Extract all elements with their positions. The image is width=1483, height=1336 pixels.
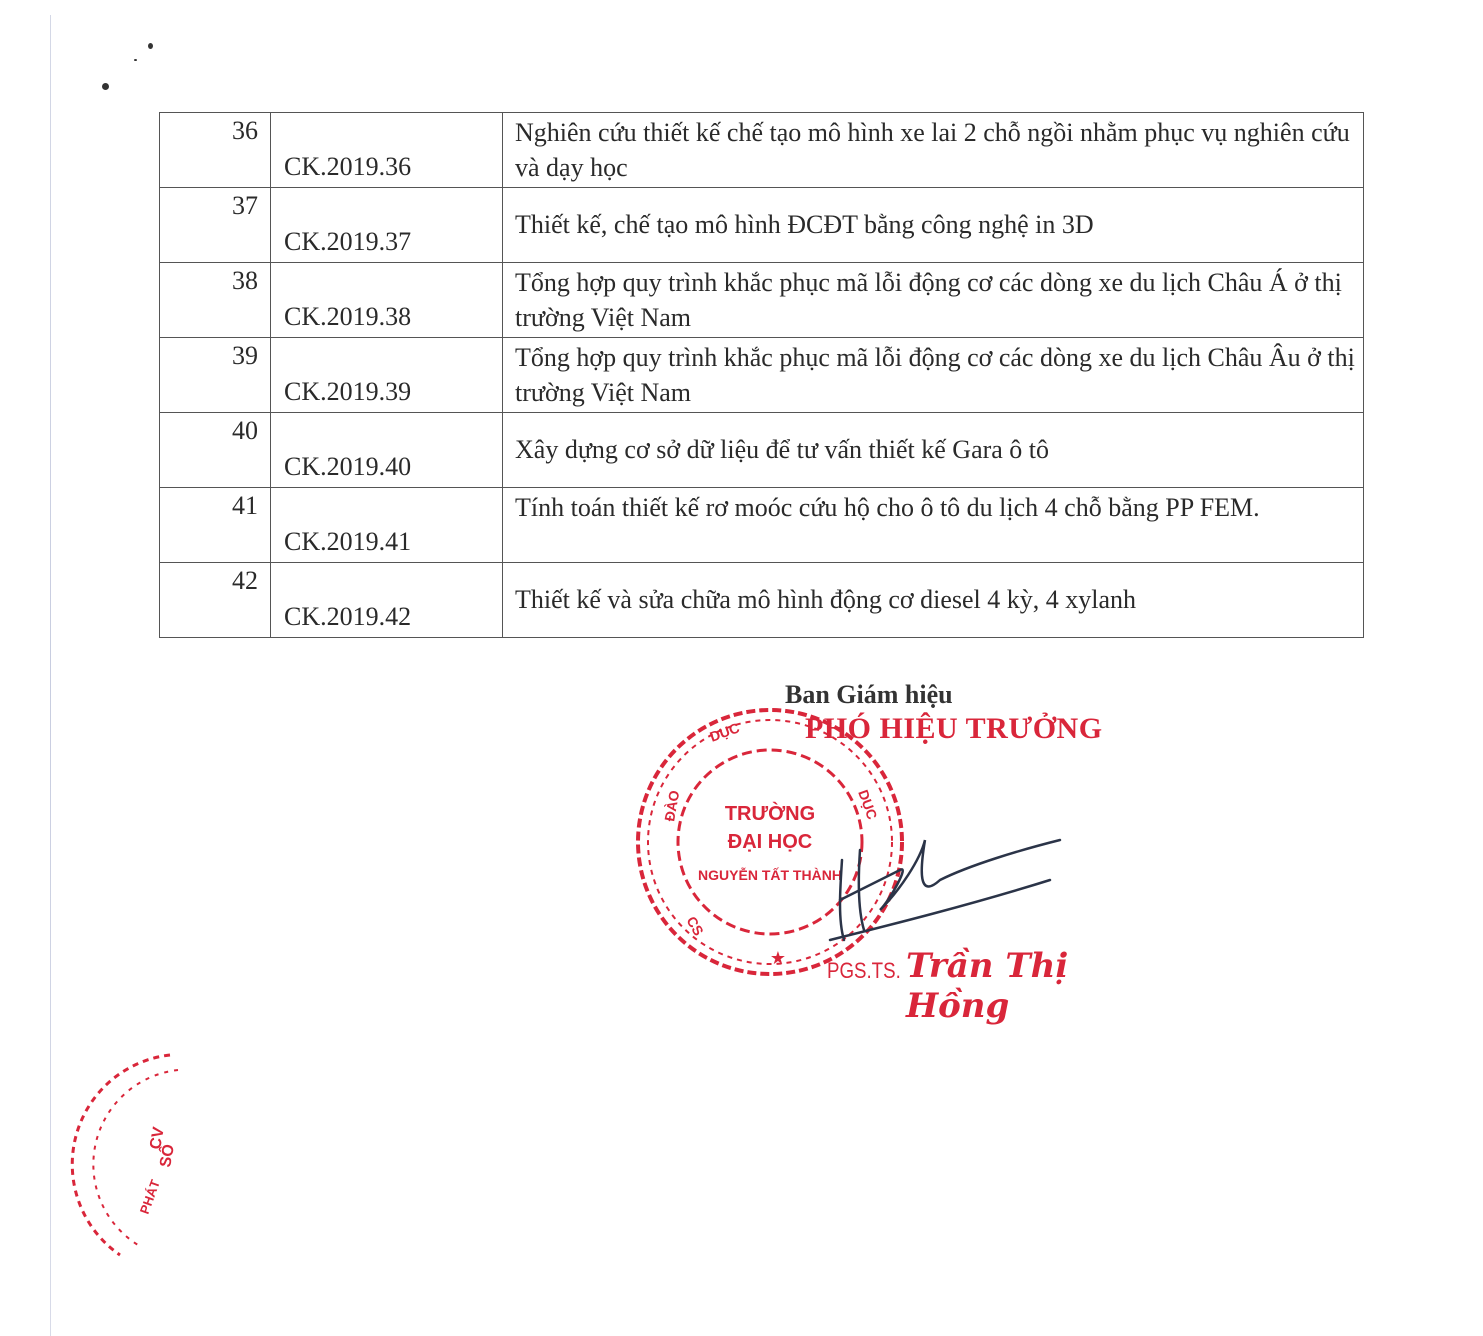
row-title-cell: Thiết kế, chế tạo mô hình ĐCĐT bằng công… [503, 188, 1364, 263]
topics-table: 36 CK.2019.36 Nghiên cứu thiết kế chế tạ… [159, 112, 1364, 638]
table-row: 40 CK.2019.40 Xây dựng cơ sở dữ liệu để … [160, 413, 1364, 488]
page-margin-line [50, 15, 51, 1336]
row-code: CK.2019.39 [284, 374, 502, 412]
row-code: CK.2019.40 [284, 449, 502, 487]
row-number: 39 [160, 338, 258, 374]
row-title: Tổng hợp quy trình khắc phục mã lỗi động… [515, 263, 1355, 335]
row-code: CK.2019.37 [284, 224, 502, 262]
row-code-cell: CK.2019.37 [271, 188, 503, 263]
row-number-cell: 38 [160, 263, 271, 338]
table-row: 37 CK.2019.37 Thiết kế, chế tạo mô hình … [160, 188, 1364, 263]
signature-role: PHÓ HIỆU TRƯỞNG [805, 712, 1103, 746]
row-number: 36 [160, 113, 258, 149]
table-row: 36 CK.2019.36 Nghiên cứu thiết kế chế tạ… [160, 113, 1364, 188]
row-code-cell: CK.2019.42 [271, 563, 503, 638]
svg-text:★: ★ [770, 948, 786, 968]
row-title-cell: Xây dựng cơ sở dữ liệu để tư vấn thiết k… [503, 413, 1364, 488]
table-row: 41 CK.2019.41 Tính toán thiết kế rơ moóc… [160, 488, 1364, 563]
table-row: 39 CK.2019.39 Tổng hợp quy trình khắc ph… [160, 338, 1364, 413]
row-title-cell: Tổng hợp quy trình khắc phục mã lỗi động… [503, 263, 1364, 338]
signature-block: TRƯỜNG ĐẠI HỌC NGUYỄN TẤT THÀNH ★ ĐÀO DỤ… [620, 670, 1160, 1010]
svg-text:DỤC: DỤC [855, 788, 880, 822]
table-row: 42 CK.2019.42 Thiết kế và sửa chữa mô hì… [160, 563, 1364, 638]
row-code: CK.2019.42 [284, 599, 502, 637]
row-code-cell: CK.2019.36 [271, 113, 503, 188]
row-title: Tính toán thiết kế rơ moóc cứu hộ cho ô … [515, 488, 1355, 525]
svg-text:ĐẠI HỌC: ĐẠI HỌC [728, 831, 812, 853]
row-title: Thiết kế và sửa chữa mô hình động cơ die… [515, 563, 1355, 617]
row-code: CK.2019.36 [284, 149, 502, 187]
row-number-cell: 42 [160, 563, 271, 638]
row-title-cell: Nghiên cứu thiết kế chế tạo mô hình xe l… [503, 113, 1364, 188]
row-number: 42 [160, 563, 258, 599]
scan-speck [102, 83, 109, 90]
row-title: Xây dựng cơ sở dữ liệu để tư vấn thiết k… [515, 413, 1355, 467]
row-number: 41 [160, 488, 258, 524]
scan-speck [134, 59, 137, 61]
row-code: CK.2019.38 [284, 299, 502, 337]
signer-title: PGS.TS. [827, 958, 901, 984]
row-number-cell: 36 [160, 113, 271, 188]
handwritten-signature-icon [820, 820, 1080, 950]
signature-heading: Ban Giám hiệu [785, 680, 953, 710]
row-title-cell: Tính toán thiết kế rơ moóc cứu hộ cho ô … [503, 488, 1364, 563]
row-number-cell: 40 [160, 413, 271, 488]
svg-text:TRƯỜNG: TRƯỜNG [725, 801, 815, 825]
row-number-cell: 37 [160, 188, 271, 263]
row-title-cell: Thiết kế và sửa chữa mô hình động cơ die… [503, 563, 1364, 638]
row-code-cell: CK.2019.41 [271, 488, 503, 563]
svg-text:CS: CS [683, 914, 707, 939]
row-title-cell: Tổng hợp quy trình khắc phục mã lỗi động… [503, 338, 1364, 413]
row-number: 40 [160, 413, 258, 449]
partial-page-stamp-icon: CV SÔ PHÁT [70, 1040, 250, 1260]
scan-speck [148, 43, 153, 49]
row-code-cell: CK.2019.39 [271, 338, 503, 413]
row-number-cell: 41 [160, 488, 271, 563]
row-title: Nghiên cứu thiết kế chế tạo mô hình xe l… [515, 113, 1355, 185]
row-number-cell: 39 [160, 338, 271, 413]
svg-text:PHÁT: PHÁT [137, 1178, 163, 1216]
row-number: 38 [160, 263, 258, 299]
row-code-cell: CK.2019.40 [271, 413, 503, 488]
row-code: CK.2019.41 [284, 524, 502, 562]
row-title: Thiết kế, chế tạo mô hình ĐCĐT bằng công… [515, 188, 1355, 242]
signer-name: Trần Thị Hồng [906, 946, 1160, 1026]
row-code-cell: CK.2019.38 [271, 263, 503, 338]
table-row: 38 CK.2019.38 Tổng hợp quy trình khắc ph… [160, 263, 1364, 338]
svg-text:ĐÀO: ĐÀO [661, 789, 682, 823]
row-number: 37 [160, 188, 258, 224]
row-title: Tổng hợp quy trình khắc phục mã lỗi động… [515, 338, 1355, 410]
